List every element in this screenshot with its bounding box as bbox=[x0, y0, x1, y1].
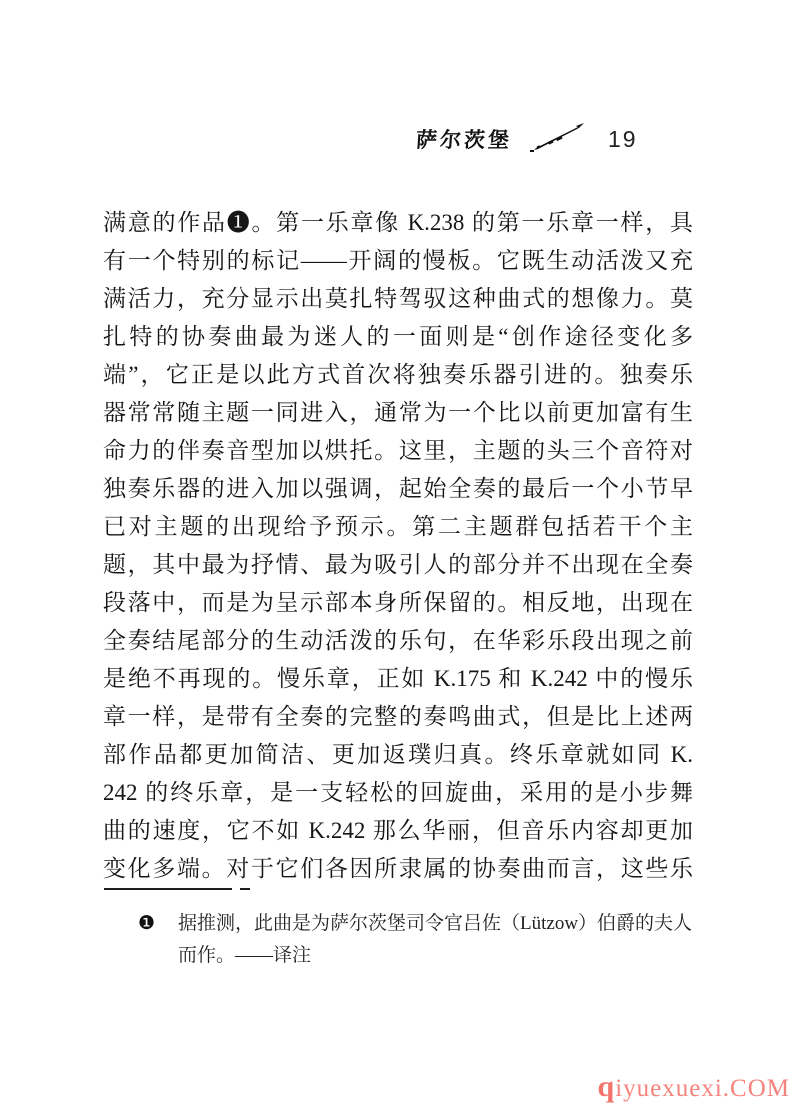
text-line: 是绝不再现的。慢乐章，正如 K.175 和 K.242 中的慢乐 bbox=[103, 660, 693, 698]
footnote-line: 而作。——译注 bbox=[178, 940, 694, 972]
footnote-separator bbox=[104, 888, 254, 890]
rule-segment bbox=[240, 888, 250, 890]
watermark: qiyuexuexi.COM bbox=[598, 1070, 790, 1104]
footnote-text: 据推测，此曲是为萨尔茨堡司令官吕佐（Lützow）伯爵的夫人 而作。——译注 bbox=[178, 908, 694, 972]
footnote: ❶ 据推测，此曲是为萨尔茨堡司令官吕佐（Lützow）伯爵的夫人 而作。——译注 bbox=[138, 908, 694, 972]
text-line: 曲的速度，它不如 K.242 那么华丽，但音乐内容却更加 bbox=[103, 812, 693, 850]
text-line: 变化多端。对于它们各因所隶属的协奏曲而言，这些乐 bbox=[103, 850, 693, 888]
text-line: 章一样，是带有全奏的完整的奏鸣曲式，但是比上述两 bbox=[103, 698, 693, 736]
text-line: 满意的作品❶。第一乐章像 K.238 的第一乐章一样，具 bbox=[103, 204, 693, 242]
scanned-book-page: { "header": { "book_title": "萨尔茨堡", "pag… bbox=[0, 0, 794, 1120]
book-title: 萨尔茨堡 bbox=[415, 124, 513, 154]
text-line: 有一个特别的标记——开阔的慢板。它既生动活泼又充 bbox=[103, 242, 693, 280]
text-line: 器常常随主题一同进入，通常为一个比以前更加富有生 bbox=[103, 394, 693, 432]
text-line: 段落中，而是为呈示部本身所保留的。相反地，出现在 bbox=[103, 584, 693, 622]
text-line: 扎特的协奏曲最为迷人的一面则是“创作途径变化多 bbox=[103, 318, 693, 356]
page-number: 19 bbox=[608, 126, 638, 153]
watermark-initial: q bbox=[598, 1070, 616, 1103]
text-line: 独奏乐器的进入加以强调，起始全奏的最后一个小节早 bbox=[103, 470, 693, 508]
text-line: 全奏结尾部分的生动活泼的乐句，在华彩乐段出现之前 bbox=[103, 622, 693, 660]
text-line: 已对主题的出现给予预示。第二主题群包括若干个主 bbox=[103, 508, 693, 546]
text-line: 命力的伴奏音型加以烘托。这里，主题的头三个音符对 bbox=[103, 432, 693, 470]
text-line: 部作品都更加简洁、更加返璞归真。终乐章就如同 K. bbox=[103, 736, 693, 774]
text-line: 242 的终乐章，是一支轻松的回旋曲，采用的是小步舞 bbox=[103, 774, 693, 812]
brush-stroke-icon bbox=[528, 120, 586, 154]
text-line: 题，其中最为抒情、最为吸引人的部分并不出现在全奏 bbox=[103, 546, 693, 584]
rule-segment bbox=[104, 888, 232, 890]
watermark-text: iyuexuexi.COM bbox=[615, 1075, 790, 1102]
text-line: 满活力，充分显示出莫扎特驾驭这种曲式的想像力。莫 bbox=[103, 280, 693, 318]
text-line: 端”，它正是以此方式首次将独奏乐器引进的。独奏乐 bbox=[103, 356, 693, 394]
body-text: 满意的作品❶。第一乐章像 K.238 的第一乐章一样，具 有一个特别的标记——开… bbox=[103, 204, 693, 888]
footnote-marker-icon: ❶ bbox=[138, 908, 178, 940]
footnote-line: 据推测，此曲是为萨尔茨堡司令官吕佐（Lützow）伯爵的夫人 bbox=[178, 908, 694, 940]
page-header: 萨尔茨堡 19 bbox=[0, 118, 794, 158]
